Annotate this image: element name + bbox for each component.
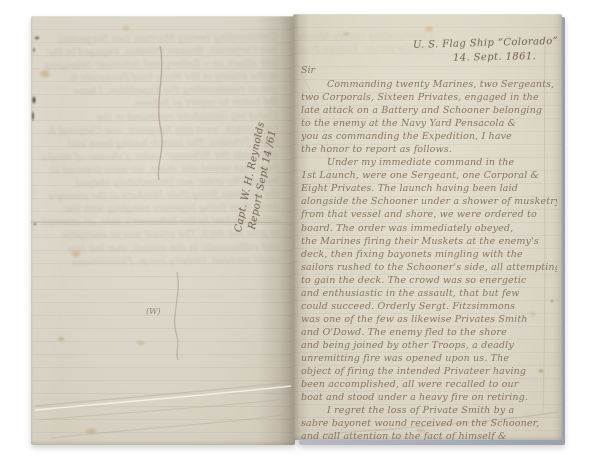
letter-line: and enthusiastic in the assault, that bu…: [301, 287, 557, 300]
letter-line: the honor to report as follows.: [301, 143, 557, 156]
letter-line: sailors rushed to the Schooner's side, a…: [301, 261, 557, 274]
pencil-note: (W): [146, 307, 160, 316]
letter-line: board. The order was immediately obeyed,: [301, 222, 557, 235]
letter-line: unremitting fire was opened upon us. The: [301, 352, 557, 365]
letter-line: boat and stood under a heavy fire on ret…: [301, 391, 557, 404]
letter-line: alongside the Schooner under a shower of…: [301, 195, 557, 208]
letter-line: to gain the deck. The crowd was so energ…: [301, 274, 557, 287]
crease-path: [39, 398, 293, 420]
letter-line: and call attention to the fact of himsel…: [301, 430, 557, 440]
letter-document: Commanding twenty Marines, two Sergeants…: [31, 14, 565, 445]
letter-line: two Corporals, Sixteen Privates, engaged…: [301, 91, 557, 104]
left-page: Commanding twenty Marines, two Sergeants…: [31, 16, 295, 445]
letter-line: object of firing the intended Privateer …: [301, 365, 557, 378]
crease-path: [35, 386, 291, 410]
letter-heading-date: 14. Sept. 1861.: [453, 51, 536, 64]
letter-line: and O'Dowd. The enemy fled to the shore: [301, 326, 557, 339]
letter-salutation: Sir: [301, 65, 315, 76]
letter-line: been accomplished, all were recalled to …: [301, 378, 557, 391]
letter-line: Under my immediate command in the: [301, 156, 557, 169]
letter-line: sabre bayonet wound received on the Scho…: [301, 417, 557, 430]
letter-line: to the enemy at the Navy Yard Pensacola …: [301, 117, 557, 130]
right-page: Commanding twenty Marines, two Sergeants…: [293, 14, 562, 440]
letter-line: late attack on a Battery and Schooner be…: [301, 104, 557, 117]
letter-line: and being joined by other Troops, a dead…: [301, 339, 557, 352]
crease-path: [35, 382, 291, 406]
letter-line: the Marines firing their Muskets at the …: [301, 235, 557, 248]
letter-line: was one of the few as likewise Privates …: [301, 313, 557, 326]
crease-path: [175, 272, 179, 360]
letter-line: Eight Privates. The launch having been l…: [301, 182, 557, 195]
letter-line: could succeed. Orderly Sergt. Fitzsimmon…: [301, 300, 557, 313]
letter-line: 1st Launch, were one Sergeant, one Corpo…: [301, 169, 557, 182]
letter-line: I regret the loss of Private Smith by a: [301, 404, 557, 417]
letter-body: Commanding twenty Marines, two Sergeants…: [301, 78, 557, 440]
letter-line: deck, then fixing bayonets mingling with…: [301, 248, 557, 261]
letter-line: you as commanding the Expedition, I have: [301, 130, 557, 143]
letter-line: from that vessel and shore, we were orde…: [301, 208, 557, 221]
letter-heading-ship: U. S. Flag Ship “Colorado”: [413, 36, 558, 51]
photo-background: Commanding twenty Marines, two Sergeants…: [0, 0, 600, 456]
letter-line: Commanding twenty Marines, two Sergeants…: [301, 78, 557, 91]
crease-path: [51, 414, 289, 438]
